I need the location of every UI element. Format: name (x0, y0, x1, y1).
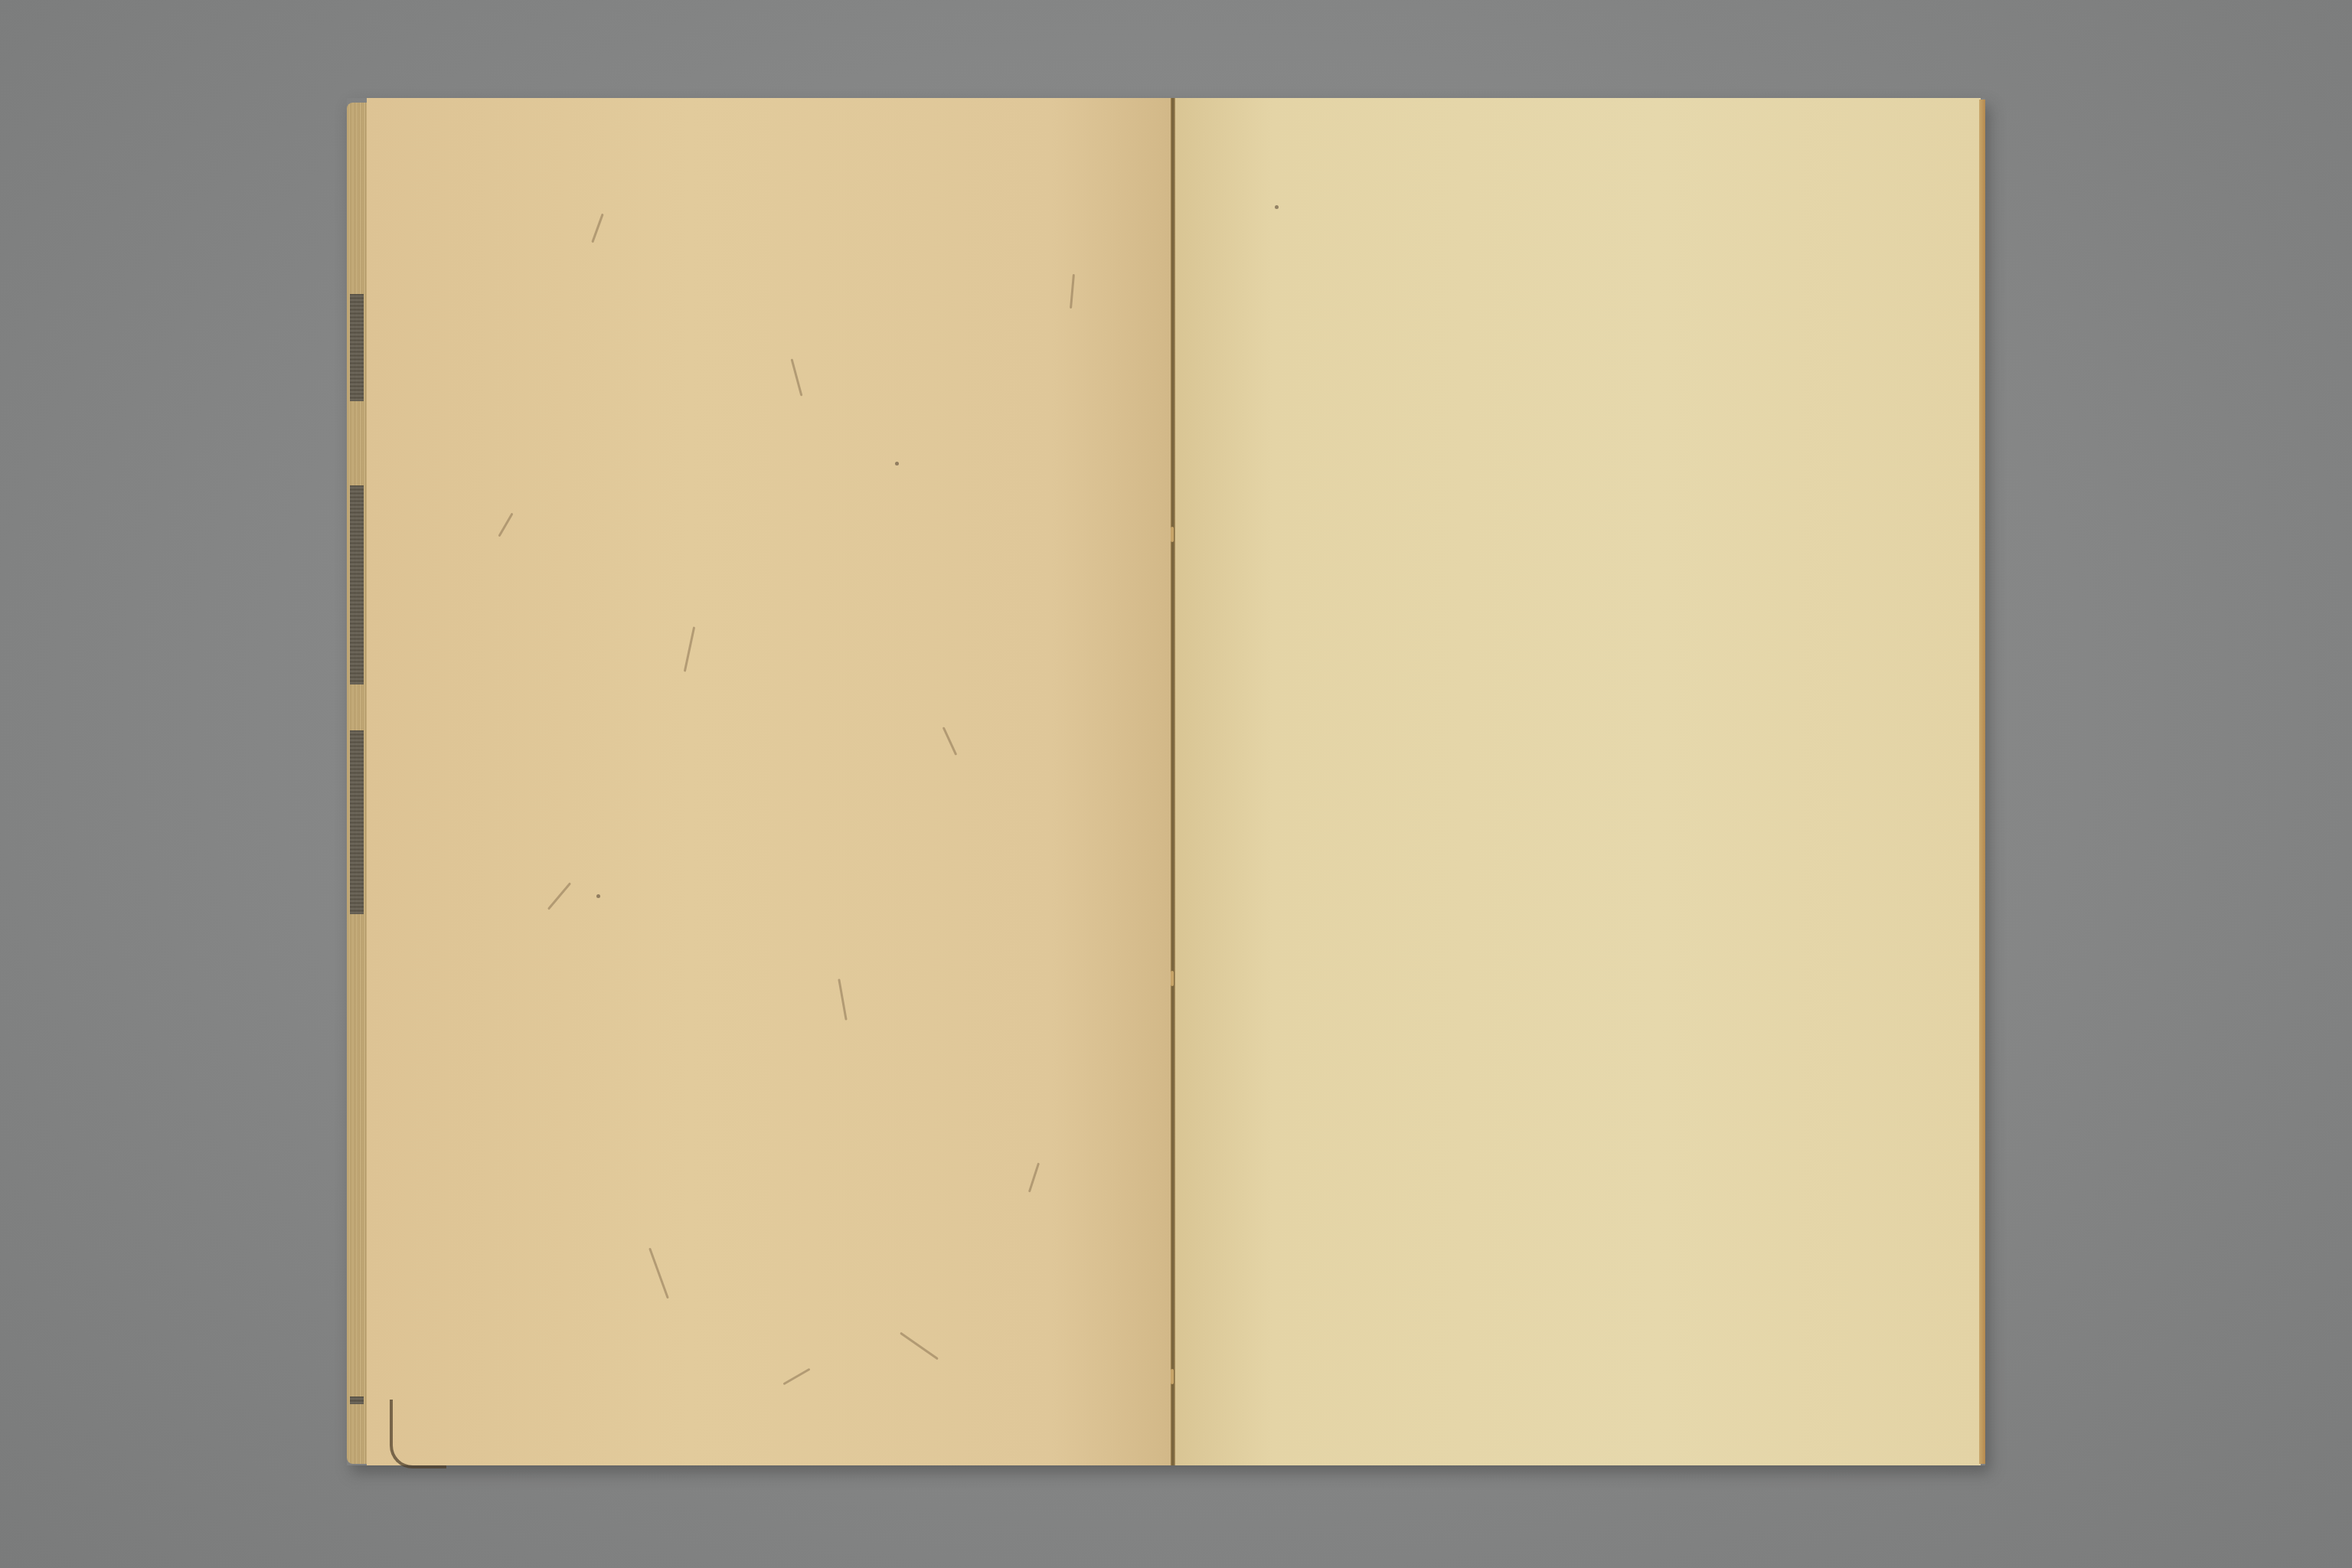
edge-stain (350, 485, 364, 684)
edge-stain (350, 294, 364, 401)
paper-fiber (838, 978, 848, 1021)
paper-fiber (942, 727, 958, 756)
paper-fiber (900, 1332, 939, 1361)
binding-thread (1171, 971, 1174, 986)
paper-fiber (782, 1368, 810, 1386)
edge-stain (350, 730, 364, 914)
right-page-edge (1979, 100, 1985, 1464)
binding-thread (1171, 1369, 1174, 1384)
paper-fiber (684, 626, 695, 671)
paper-fiber (648, 1248, 669, 1299)
paper-fiber (547, 882, 571, 910)
paper-fiber (591, 214, 603, 243)
paper-fiber (791, 358, 803, 396)
right-page (1175, 98, 1981, 1465)
binding-thread (1171, 527, 1174, 542)
torn-corner (390, 1400, 446, 1468)
paper-speck (1275, 205, 1279, 209)
paper-fiber (1070, 274, 1075, 309)
edge-stain (350, 1396, 364, 1404)
left-page (367, 98, 1172, 1465)
paper-fiber (498, 513, 513, 537)
paper-speck (596, 894, 600, 898)
open-book (347, 98, 1985, 1465)
page-block-edge (347, 103, 368, 1464)
paper-fiber (1028, 1163, 1040, 1193)
paper-speck (895, 462, 899, 465)
